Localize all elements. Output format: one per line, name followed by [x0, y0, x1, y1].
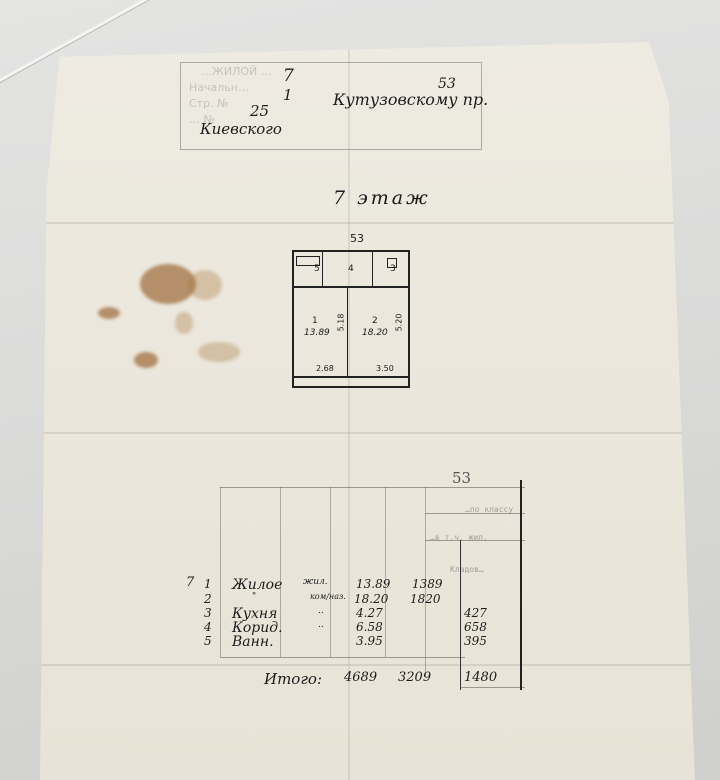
wall	[408, 250, 410, 388]
table-header-fragment: Кладов…	[450, 565, 484, 574]
wall	[292, 386, 410, 388]
cell-total: 6.58	[356, 620, 383, 634]
cell-aux: 395	[464, 634, 487, 648]
table-line	[385, 487, 386, 657]
coffee-stain	[198, 342, 240, 362]
cell-total: 13.89	[356, 577, 390, 591]
street-left: Киевского	[200, 120, 282, 138]
room-label: 1	[312, 316, 318, 326]
cell-aux: 427	[464, 606, 487, 620]
dimension-label: 3.50	[376, 364, 394, 373]
table-line	[330, 487, 331, 657]
total-label: Итого:	[264, 670, 322, 688]
cell-name: Жилое	[232, 577, 282, 593]
table-line	[425, 540, 525, 541]
wall	[322, 250, 323, 286]
coffee-stain	[188, 270, 222, 300]
room-label: 3	[390, 264, 396, 274]
room-label: 4	[348, 264, 354, 274]
plan-building-number: 53	[350, 232, 364, 245]
cell-no: 4	[204, 620, 212, 634]
room-label: 5	[314, 264, 320, 274]
dimension-label: 2.68	[316, 364, 334, 373]
table-line	[425, 513, 525, 514]
table-line	[520, 480, 522, 690]
table-line	[220, 657, 465, 658]
apartment-number: 1	[283, 86, 293, 104]
coffee-stain	[98, 307, 120, 319]
street-right: Кутузовскому пр.	[333, 90, 488, 109]
table-line	[460, 687, 525, 688]
total-area: 4689	[344, 670, 377, 685]
cell-name: Ванн.	[232, 634, 274, 650]
cell-no: 3	[204, 606, 212, 620]
table-line	[220, 487, 221, 657]
fold-line	[40, 222, 695, 224]
cell-type: ..	[318, 620, 324, 630]
house-number-left: 25	[250, 102, 269, 120]
floor-number: 7	[283, 66, 294, 86]
cell-no: 2	[204, 592, 212, 606]
table-line	[220, 487, 525, 488]
coffee-stain	[175, 312, 193, 334]
cell-type: ком/наз.	[310, 592, 346, 601]
wall	[292, 376, 410, 378]
cell-total: 3.95	[356, 634, 383, 648]
stamp-printed-text: Начальн…	[189, 81, 249, 94]
wall	[292, 286, 410, 288]
stamp-printed-text: …ЖИЛОЙ …	[201, 65, 272, 78]
room-area: 18.20	[362, 328, 388, 338]
fold-line	[40, 432, 695, 434]
explication-table: 53 …по классу …в т.ч. жил. Кладов… 7 1 Ж…	[180, 475, 525, 695]
cell-total: 4.27	[356, 606, 383, 620]
cell-living: 1820	[410, 592, 441, 606]
wall	[372, 250, 373, 286]
cell-living: 1389	[412, 577, 443, 591]
room-label: 2	[372, 316, 378, 326]
cell-no: 1	[204, 577, 212, 591]
cell-name: "	[252, 592, 256, 602]
cell-type: жил.	[303, 577, 328, 587]
table-line	[460, 540, 461, 690]
coffee-stain	[134, 352, 158, 368]
total-living: 3209	[398, 670, 431, 685]
total-aux: 1480	[464, 670, 497, 685]
table-header-number: 53	[452, 469, 471, 487]
cell-total: 18.20	[354, 592, 388, 606]
floor-heading: 7 этаж	[333, 187, 431, 209]
table-floor: 7	[186, 575, 194, 590]
cell-no: 5	[204, 634, 212, 648]
stamp-printed-text: Стр. №	[189, 97, 229, 110]
cell-type: ..	[318, 606, 324, 616]
dimension-label: 5.20	[394, 314, 403, 332]
wall	[292, 250, 294, 388]
room-area: 13.89	[304, 328, 330, 338]
cell-aux: 658	[464, 620, 487, 634]
wall	[347, 288, 348, 378]
floor-plan: 53 5 4 3 1 13.89 2 18.20 5.18 5.20 2.68 …	[292, 248, 410, 388]
dimension-label: 5.18	[336, 314, 345, 332]
wall	[292, 250, 410, 252]
